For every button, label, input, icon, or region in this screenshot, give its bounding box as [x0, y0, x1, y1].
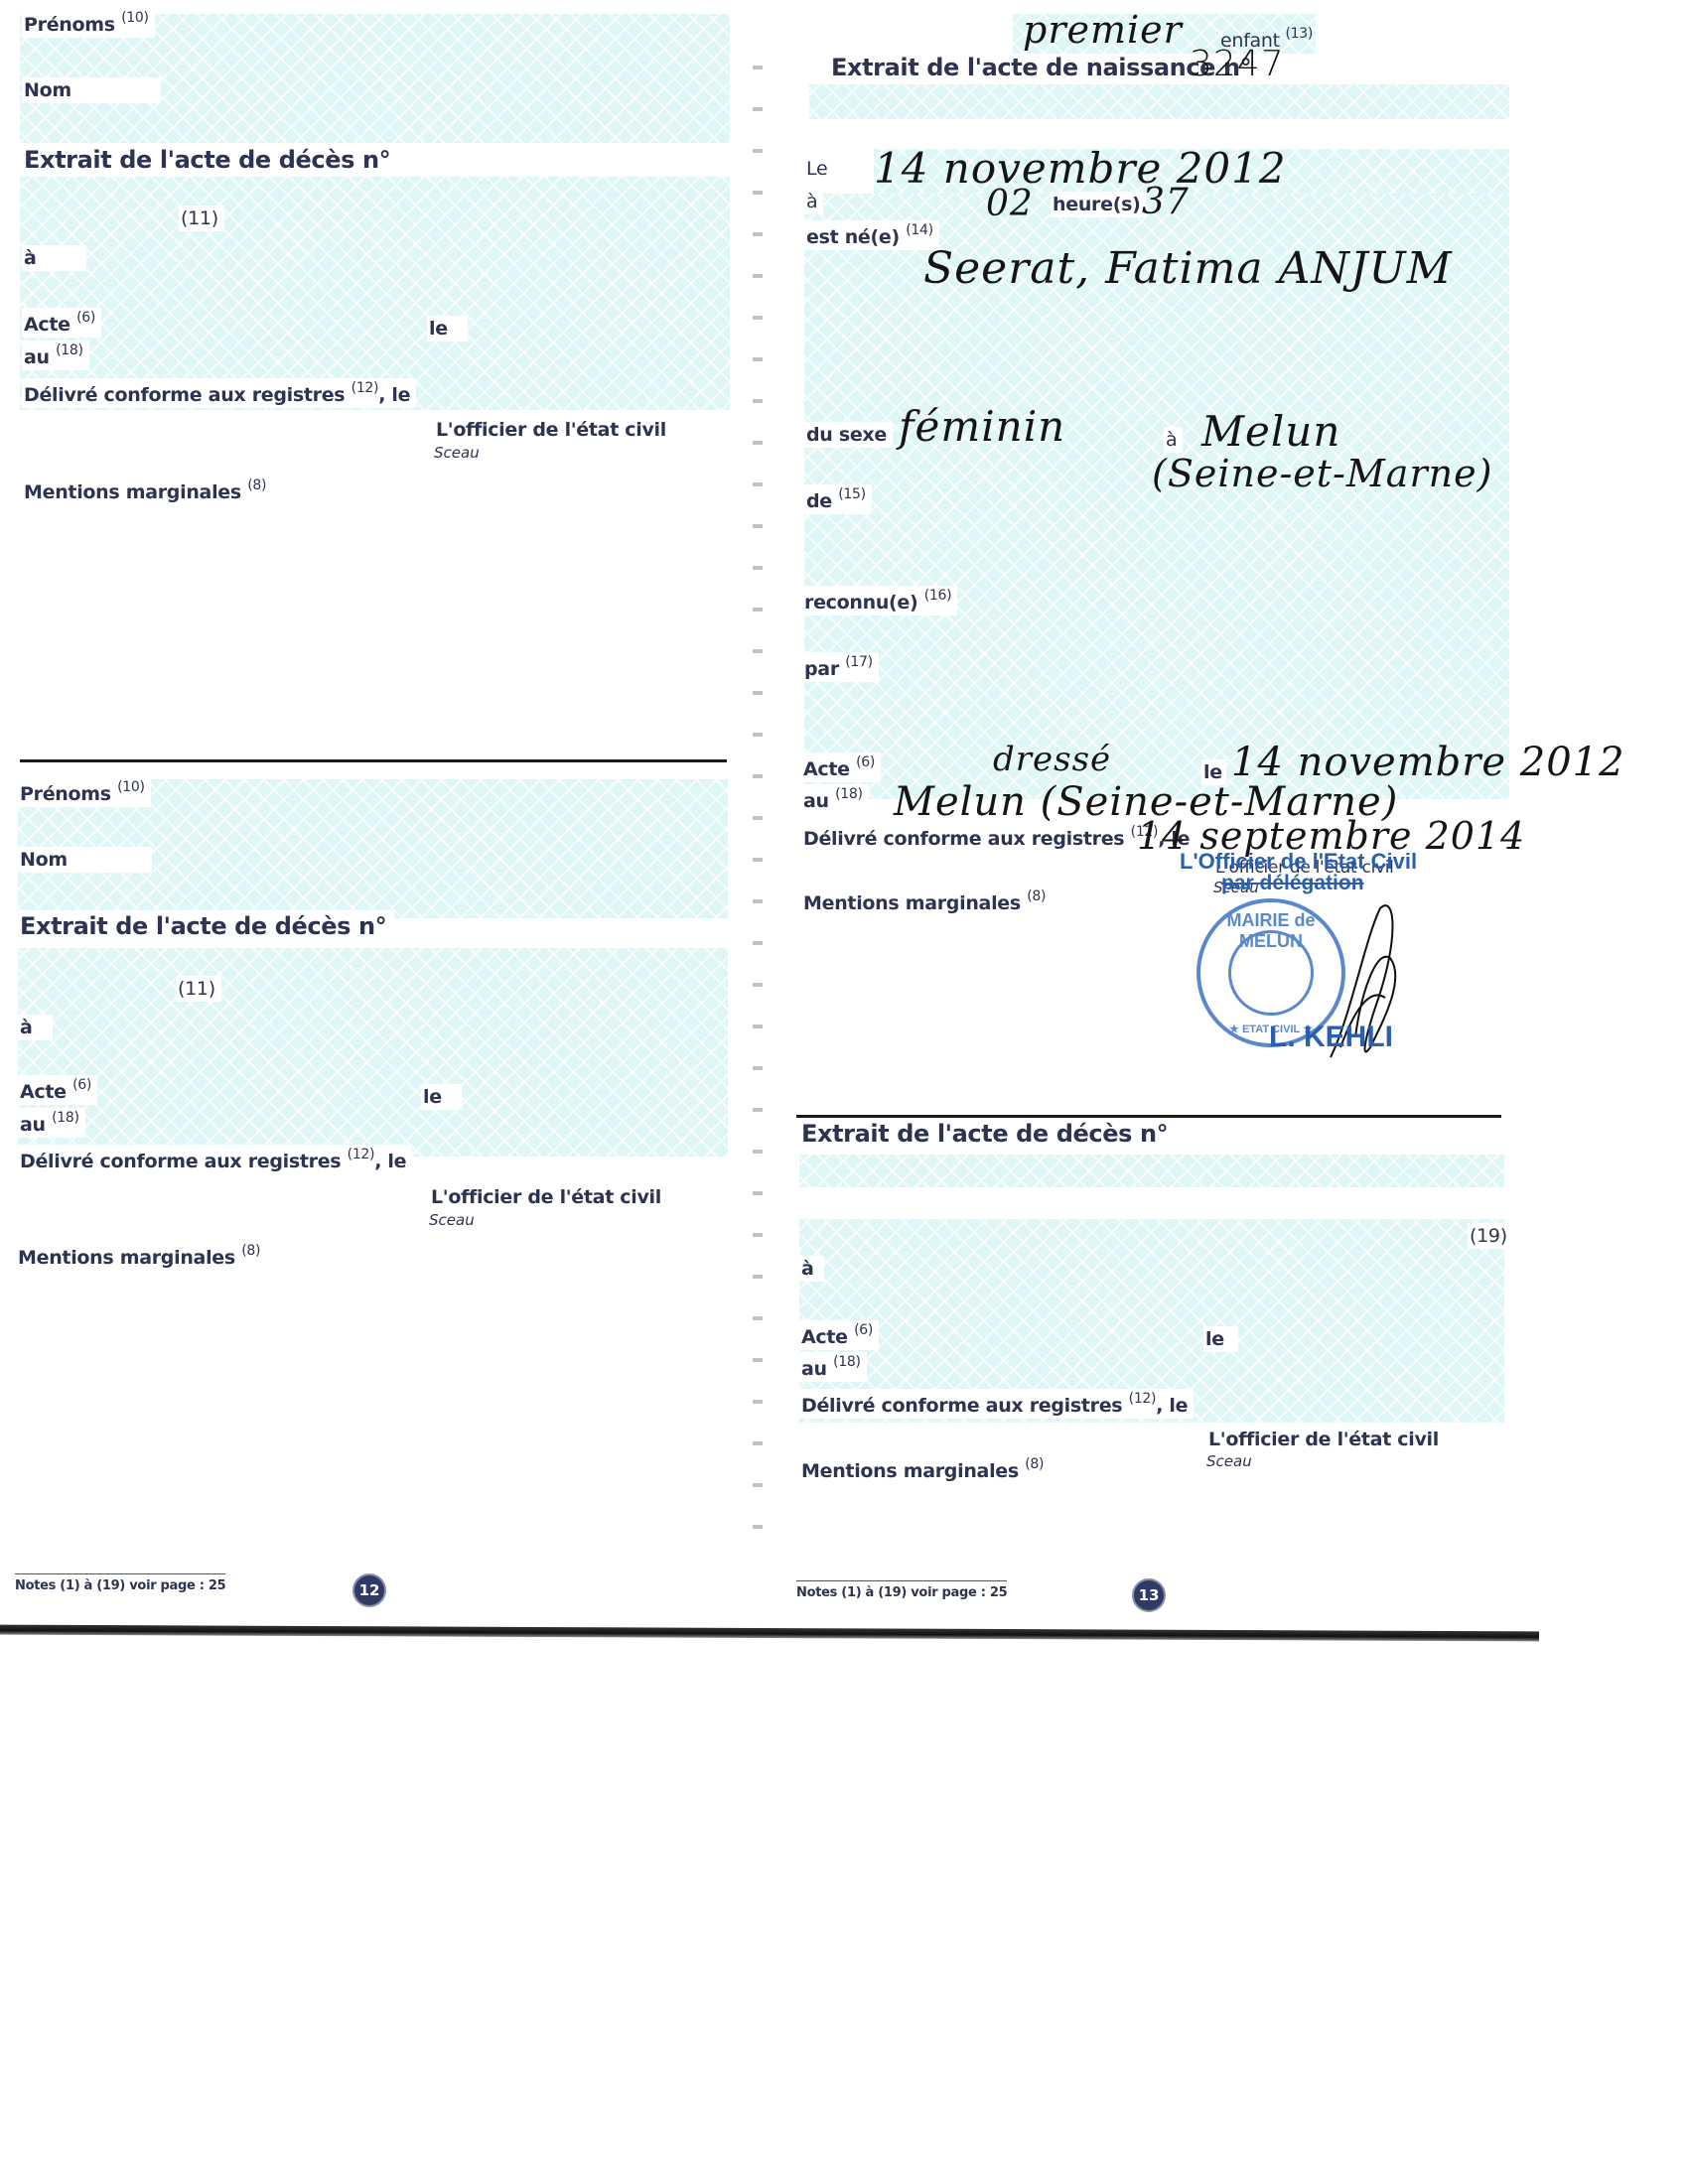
- stamp-delegation-text: par délégation: [1221, 872, 1364, 895]
- note-11: (11): [179, 205, 224, 231]
- sceau-label: Sceau: [1206, 1452, 1252, 1470]
- book-bottom-edge: [0, 1625, 1539, 1642]
- acte-label: Acte (6): [799, 1320, 879, 1350]
- handwritten-hour: 02: [986, 184, 1034, 224]
- mentions-marginales-label: Mentions marginales (8): [22, 476, 272, 505]
- death-extract-heading: Extrait de l'acte de décès n°: [18, 910, 394, 942]
- mentions-marginales-label: Mentions marginales (8): [16, 1241, 266, 1271]
- prenoms-label: Prénoms (10): [18, 777, 151, 807]
- section-divider: [20, 759, 727, 762]
- death-extract-heading: Extrait de l'acte de décès n°: [22, 144, 398, 176]
- handwritten-birth-city: Melun: [1201, 407, 1340, 456]
- mentions-marginales-label: Mentions marginales (8): [799, 1454, 1050, 1484]
- a-label: à: [18, 1015, 53, 1040]
- le-label: le: [427, 316, 468, 341]
- le-label: Le: [804, 156, 833, 182]
- guilloche-background: [18, 948, 728, 1157]
- stamp-signatory: L. KEHLI: [1269, 1021, 1393, 1054]
- lieu-a-label: à: [1164, 427, 1183, 453]
- handwritten-birth-date: 14 novembre 2012: [874, 144, 1287, 193]
- guilloche-background: [799, 1155, 1504, 1187]
- delivre-label: Délivré conforme aux registres (12), le: [18, 1145, 412, 1174]
- acte-label: Acte (6): [22, 308, 101, 338]
- au-label: au (18): [801, 784, 869, 814]
- handwritten-birth-department: (Seine-et-Marne): [1152, 452, 1492, 495]
- a-label: à: [804, 189, 823, 214]
- officier-label: L'officier de l'état civil: [434, 417, 672, 443]
- de-label: de (15): [804, 484, 872, 514]
- nom-label: Nom: [22, 77, 161, 103]
- au-label: au (18): [799, 1352, 867, 1382]
- handwritten-acte-number: 3247: [1190, 44, 1285, 84]
- officier-label: L'officier de l'état civil: [429, 1184, 667, 1210]
- a-label: à: [799, 1256, 824, 1282]
- delivre-label: Délivré conforme aux registres (12), le: [799, 1389, 1194, 1419]
- sceau-label: Sceau: [429, 1211, 475, 1229]
- heures-label: heure(s): [1051, 192, 1146, 217]
- guilloche-background: [20, 177, 730, 410]
- book-gutter-stitching: [753, 40, 763, 1549]
- acte-label: Acte (6): [801, 752, 881, 782]
- handwritten-sexe: féminin: [899, 402, 1065, 451]
- handwritten-child-name: Seerat, Fatima ANJUM: [923, 243, 1453, 294]
- reconnu-label: reconnu(e) (16): [802, 586, 957, 615]
- sexe-label: du sexe: [804, 422, 893, 448]
- page-number-12: 12: [352, 1573, 386, 1607]
- est-nee-label: est né(e) (14): [804, 220, 939, 250]
- death-extract-heading: Extrait de l'acte de décès n°: [799, 1118, 1176, 1150]
- prenoms-label: Prénoms (10): [22, 8, 155, 38]
- le-label: le: [421, 1084, 462, 1110]
- notes-reference: Notes (1) à (19) voir page : 25: [796, 1580, 1007, 1600]
- delivre-label: Délivré conforme aux registres (12), le: [22, 378, 416, 408]
- page-number-13: 13: [1132, 1578, 1166, 1612]
- a-label: à: [22, 245, 86, 271]
- au-label: au (18): [18, 1108, 85, 1138]
- handwritten-acte-value: dressé: [993, 740, 1111, 779]
- seal-inner-ring: [1228, 930, 1314, 1016]
- officier-label: L'officier de l'état civil: [1206, 1427, 1445, 1452]
- note-19: (19): [1468, 1223, 1513, 1249]
- note-11: (11): [176, 976, 221, 1002]
- nom-label: Nom: [18, 847, 152, 873]
- handwritten-rang: premier: [1023, 8, 1183, 52]
- par-label: par (17): [802, 652, 879, 682]
- acte-label: Acte (6): [18, 1075, 97, 1105]
- handwritten-minutes: 37: [1142, 182, 1190, 222]
- notes-reference: Notes (1) à (19) voir page : 25: [15, 1573, 225, 1593]
- sceau-label: Sceau: [434, 444, 480, 462]
- le-label: le: [1203, 1326, 1238, 1352]
- au-label: au (18): [22, 341, 89, 370]
- mentions-marginales-label: Mentions marginales (8): [801, 887, 1052, 916]
- guilloche-background: [809, 84, 1509, 119]
